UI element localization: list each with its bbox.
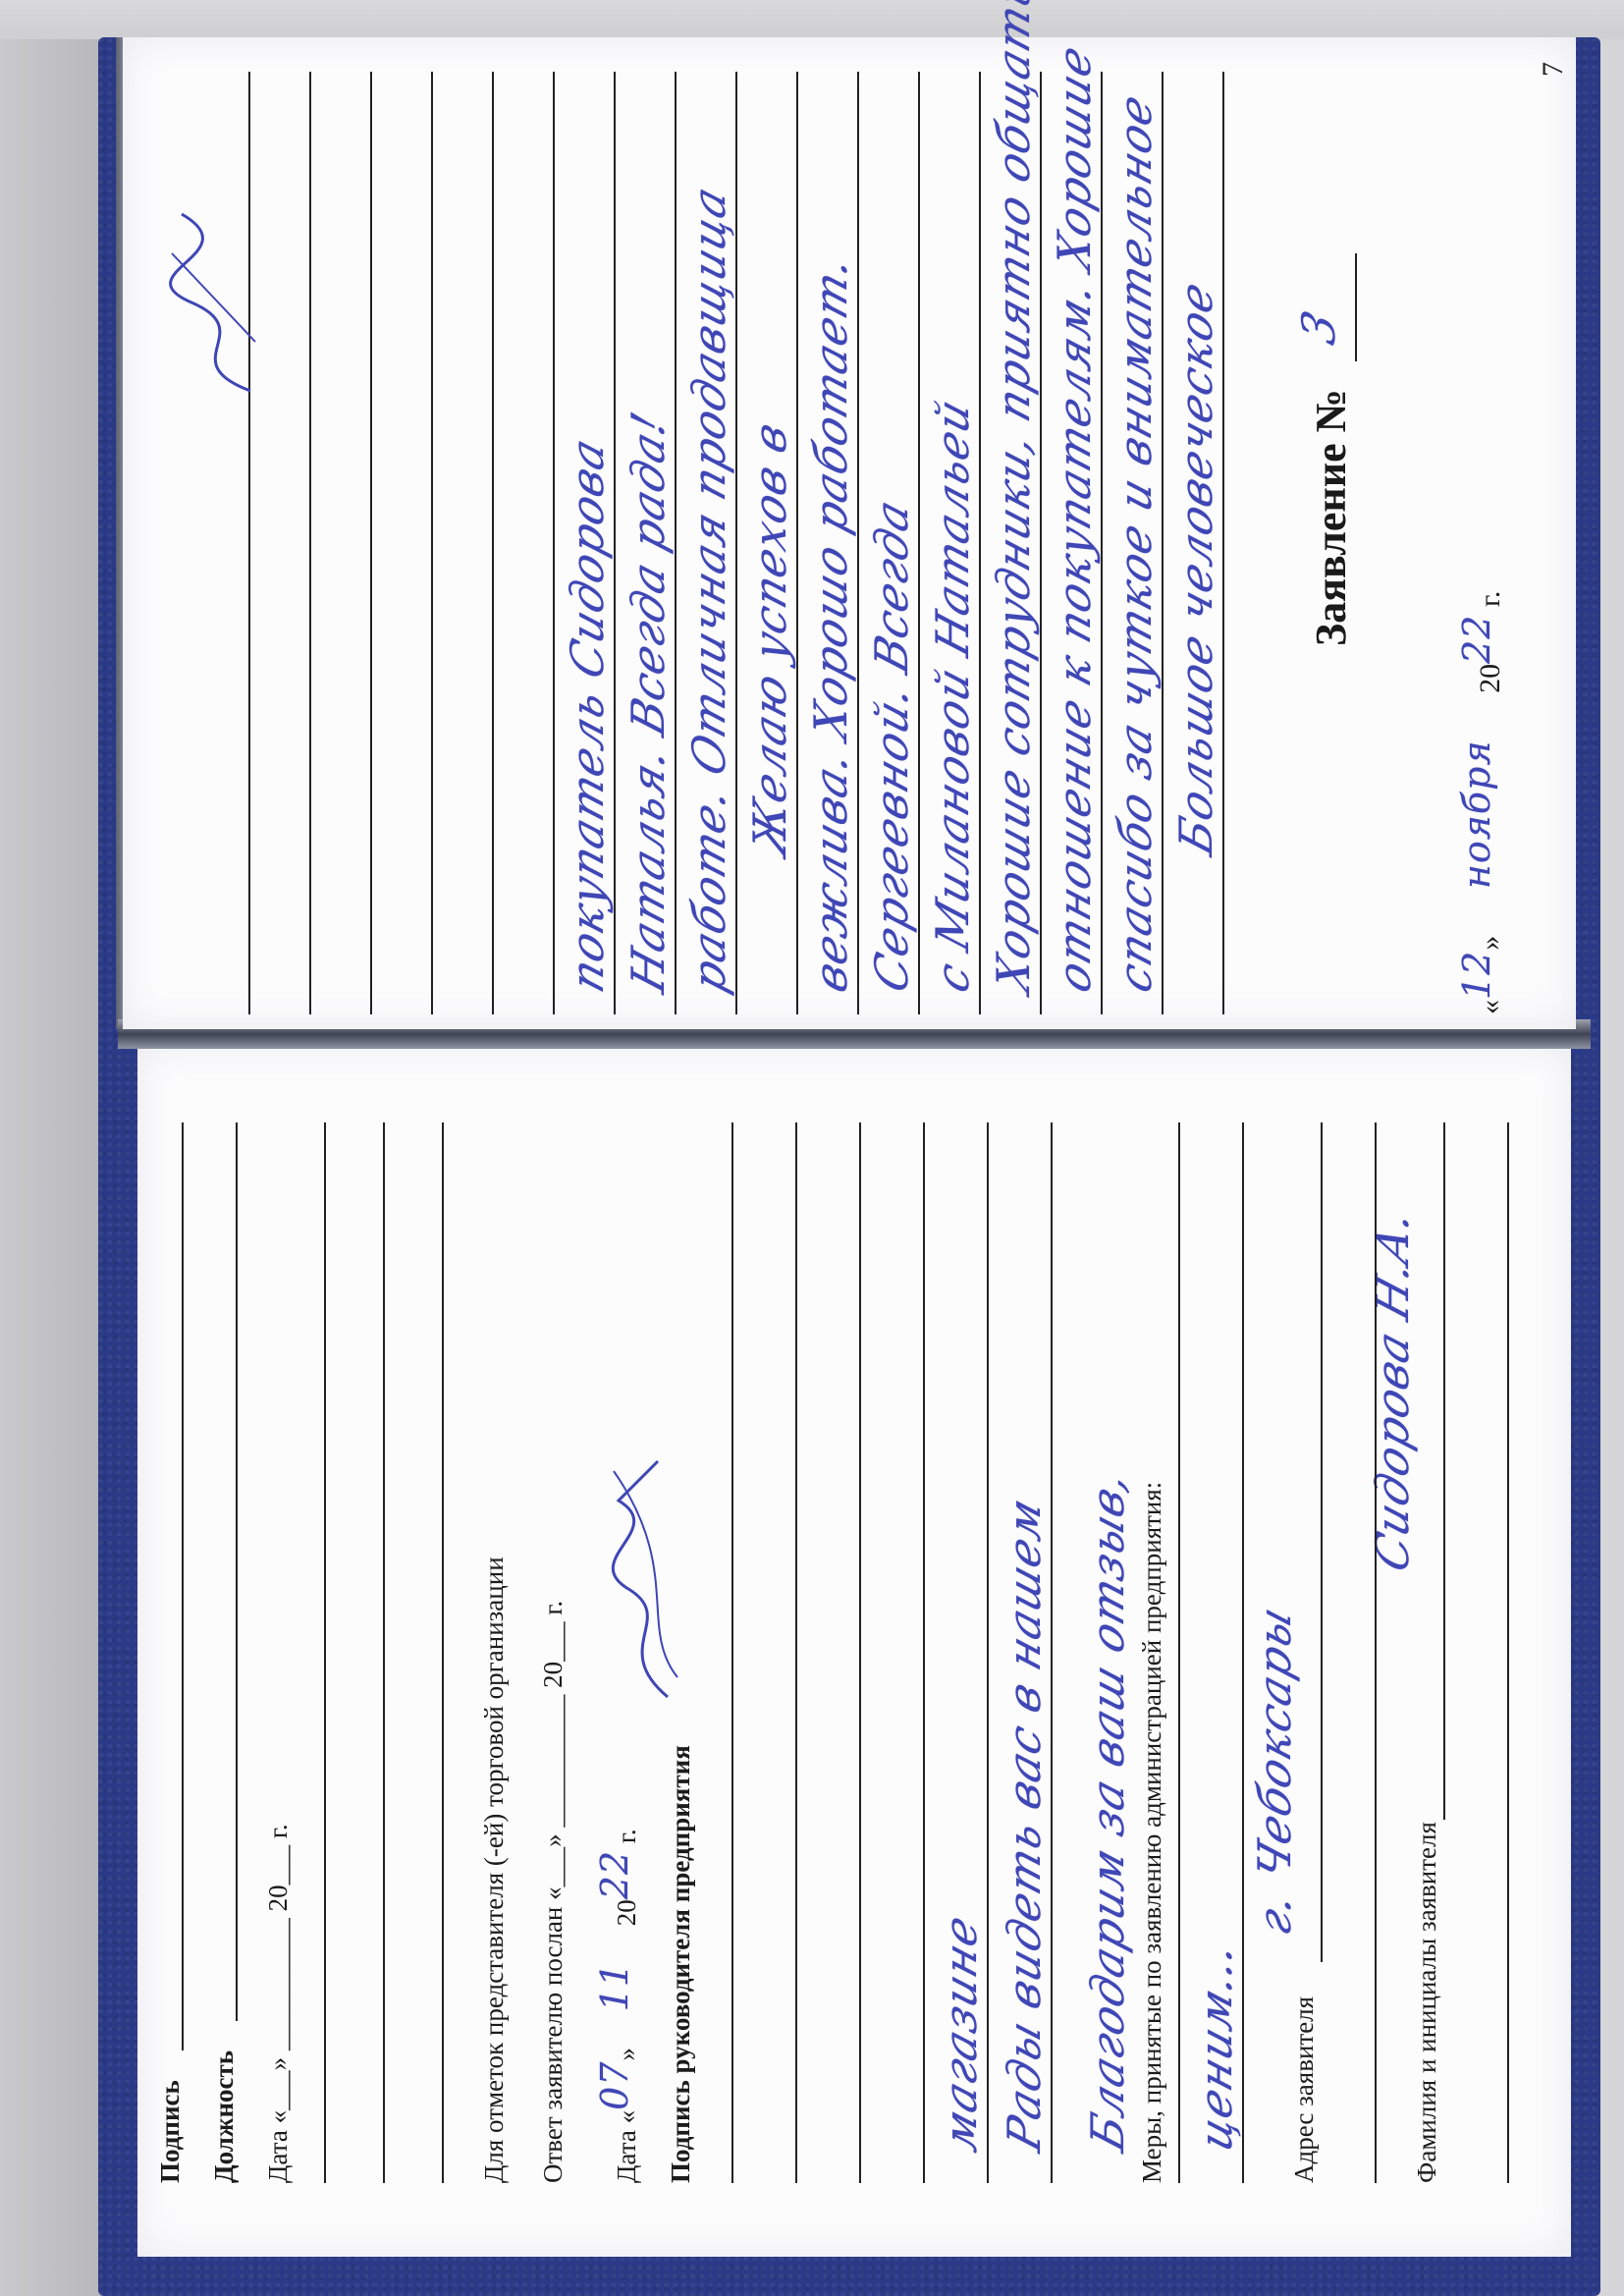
applicant-name-label: Фамилия и инициалы заявителя — [1414, 1822, 1440, 2183]
footer-date-label: Дата «___» __________ 20___ г. — [265, 1824, 292, 2183]
statement-body-line: Хорошие сотрудники, приятно общаться — [991, 0, 1036, 997]
statement-body-line: покупатель Сидорова — [565, 432, 610, 997]
rule — [859, 1122, 861, 2183]
statement-date-day: 12 — [1455, 951, 1498, 1000]
position-label: Должность — [211, 2050, 238, 2183]
date-label: Дата «07» 11 2022 г. — [604, 1829, 641, 2183]
statement-body-line: вежлива. Хорошо работает. — [808, 249, 853, 997]
rule — [383, 1122, 385, 2183]
statement-title: Заявление № — [1306, 389, 1356, 646]
measures-line: Благодарим за ваш отзыв, — [1085, 1465, 1130, 2157]
left-page: Фамилия и инициалы заявителя Сидорова Н.… — [137, 1044, 1571, 2257]
position-line — [236, 1122, 238, 2021]
rule — [1178, 1122, 1180, 2183]
rule — [553, 72, 555, 1014]
rule — [923, 1122, 925, 2183]
statement-number-line — [1355, 253, 1357, 361]
rule — [1222, 72, 1224, 1014]
applicant-name-line — [1443, 1122, 1445, 1820]
book-spread: Фамилия и инициалы заявителя Сидорова Н.… — [0, 0, 1624, 2296]
rule — [614, 72, 616, 1014]
statement-body-line: Сергеевной. Всегда — [869, 494, 914, 998]
rule — [1101, 72, 1103, 1014]
rule — [1375, 1122, 1377, 2183]
rule — [324, 1122, 326, 2183]
manager-date-day: 07 — [593, 2061, 636, 2110]
rule — [987, 1122, 989, 2183]
statement-date-year: 22 — [1455, 615, 1498, 664]
rule — [1040, 72, 1042, 1014]
rule — [918, 72, 920, 1014]
statement-body-line: работе. Отличная продавщица — [686, 181, 731, 998]
rule — [731, 1122, 733, 2183]
rule — [442, 1122, 444, 2183]
rule — [1507, 1122, 1509, 2183]
rule — [309, 72, 311, 1014]
measures-label: Меры, принятые по заявлению администраци… — [1139, 1482, 1165, 2183]
rule — [735, 72, 737, 1014]
statement-body-line: с Милановой Натальей — [930, 393, 975, 997]
notes-label: Для отметок представителя (-ей) торговой… — [481, 1557, 508, 2183]
statement-body-line: спасибо за чуткое и внимательное — [1112, 88, 1158, 998]
rule — [796, 72, 798, 1014]
manager-date-year: 22 — [593, 1850, 636, 1899]
rule — [857, 72, 859, 1014]
measures-line: ценим... — [1193, 1936, 1238, 2156]
rule — [431, 72, 433, 1014]
rule — [1242, 1122, 1244, 2183]
rule — [1051, 1122, 1053, 2183]
rule — [1162, 72, 1164, 1014]
applicant-address-value: г. Чебоксары — [1252, 1601, 1297, 1941]
page-number: 7 — [1537, 62, 1570, 77]
manager-date-month: 11 — [593, 1962, 636, 2011]
rule — [675, 72, 677, 1014]
measures-line: магазине — [938, 1909, 983, 2156]
manager-signature-label: Подпись руководителя предприятия — [668, 1745, 694, 2183]
rule — [370, 72, 372, 1014]
reply-sent-label: Ответ заявителю послан «___» __________ … — [540, 1601, 567, 2183]
right-page: «12» ноября 2022 г. Заявление № 3 Большо… — [123, 37, 1576, 1029]
measures-line: Рады видеть вас в нашем — [1001, 1492, 1047, 2156]
statement-number: 3 — [1296, 304, 1341, 349]
statement-date: «12» ноября 2022 г. — [1468, 591, 1505, 1014]
rule — [492, 72, 494, 1014]
applicant-address-label: Адрес заявителя — [1291, 1996, 1318, 2183]
signature-label: Подпись — [157, 2080, 184, 2183]
statement-body-line: Наталья. Всегда рада! — [625, 407, 671, 998]
applicant-address-line — [1321, 1122, 1323, 1962]
statement-body-line: Большое человеческое — [1173, 276, 1218, 860]
rule — [795, 1122, 797, 2183]
statement-body-line: Желаю успехов в — [747, 416, 792, 860]
applicant-signature — [162, 204, 270, 401]
statement-body-line: отношение к покупателям. Хорошие — [1052, 39, 1097, 997]
signature-line — [182, 1122, 184, 2050]
manager-signature — [599, 1451, 687, 1707]
statement-date-month: ноября — [1455, 739, 1498, 889]
rule — [979, 72, 981, 1014]
